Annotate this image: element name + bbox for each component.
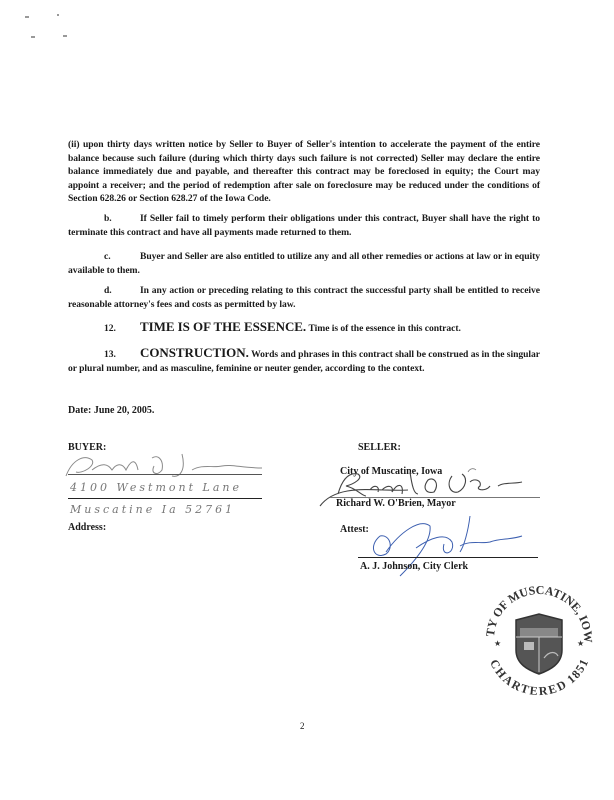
seller-label: SELLER: — [358, 442, 401, 453]
city-seal: CITY OF MUSCATINE, IOWA CHARTERED 1851 ★… — [480, 580, 598, 698]
buyer-address-line — [68, 498, 262, 499]
section-number: 12. — [68, 322, 140, 336]
paragraph-c: c.Buyer and Seller are also entitled to … — [68, 250, 540, 277]
paragraph-ii-text: (ii) upon thirty days written notice by … — [68, 139, 540, 204]
scan-artifact — [63, 35, 67, 37]
svg-text:★: ★ — [577, 639, 584, 648]
section-number: 13. — [68, 348, 140, 362]
attest-signature-line — [358, 557, 538, 558]
buyer-address-line2: Muscatine Ia 52761 — [70, 503, 235, 516]
page-number: 2 — [300, 721, 305, 731]
buyer-signature — [62, 450, 272, 480]
section-13: 13.CONSTRUCTION. Words and phrases in th… — [68, 346, 540, 375]
buyer-signature-line — [68, 474, 262, 475]
buyer-address-line1: 4100 Westmont Lane — [70, 481, 242, 494]
scan-artifact — [25, 16, 29, 18]
date-line: Date: June 20, 2005. — [68, 405, 154, 416]
paragraph-ii: (ii) upon thirty days written notice by … — [68, 138, 540, 206]
section-title: CONSTRUCTION. — [140, 345, 249, 360]
section-12: 12.TIME IS OF THE ESSENCE. Time is of th… — [68, 320, 540, 336]
section-title: TIME IS OF THE ESSENCE. — [140, 319, 306, 334]
scan-artifact — [31, 36, 35, 38]
scan-artifact — [57, 14, 59, 16]
paragraph-d: d.In any action or preceding relating to… — [68, 284, 540, 311]
paragraph-d-letter: d. — [68, 284, 140, 298]
buyer-address-label: Address: — [68, 522, 106, 533]
seller-signer: Richard W. O'Brien, Mayor — [336, 498, 456, 509]
paragraph-b-letter: b. — [68, 212, 140, 226]
svg-text:★: ★ — [494, 639, 501, 648]
section-text: Time is of the essence in this contract. — [308, 323, 460, 334]
attester: A. J. Johnson, City Clerk — [360, 561, 468, 572]
paragraph-c-letter: c. — [68, 250, 140, 264]
paragraph-b: b.If Seller fail to timely perform their… — [68, 212, 540, 239]
